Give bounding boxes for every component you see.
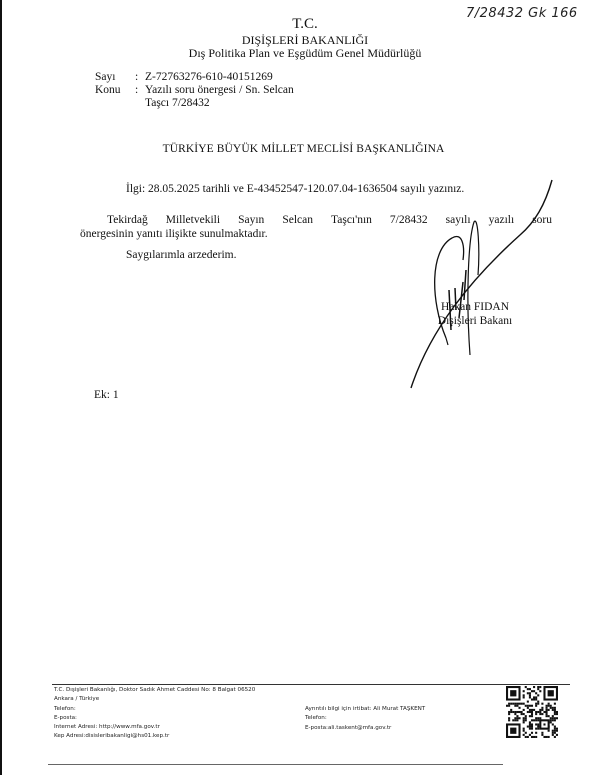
footer-address-block: T.C. Dışişleri Bakanlığı, Doktor Sadık A… (54, 686, 255, 742)
ilgi-line: İlgi: 28.05.2025 tarihli ve E-43452547-1… (126, 183, 464, 195)
footer-telefon: Telefon: (54, 705, 255, 714)
paragraph-word: Tekirdağ (107, 213, 148, 227)
paragraph-line-2: önergesinin yanıtı ilişikte sunulmaktadı… (80, 227, 552, 241)
footer-kep[interactable]: Kep Adresi:disisleribakanligi@hs01.kep.t… (54, 732, 255, 741)
meta-konu-cont: Taşcı 7/28432 (95, 97, 294, 110)
paragraph-word: soru (532, 213, 552, 227)
footer-address-2: Ankara / Türkiye (54, 695, 255, 704)
attachment-label: Ek: 1 (94, 389, 119, 401)
footer-divider (52, 684, 570, 685)
footer-contact-block: Ayrıntılı bilgi için irtibat: Ali Murat … (305, 705, 425, 733)
paragraph-word: Milletvekili (166, 213, 220, 227)
qr-code-icon (506, 686, 558, 738)
contact-person: Ayrıntılı bilgi için irtibat: Ali Murat … (305, 705, 425, 714)
footer-bottom-divider (48, 764, 503, 765)
meta-block: Sayı:Z-72763276-610-40151269 Konu:Yazılı… (95, 71, 294, 110)
paragraph-word: 7/28432 (390, 213, 428, 227)
signatory-title: Dışişleri Bakanı (420, 314, 530, 328)
paragraph-word: Taşcı'nın (331, 213, 372, 227)
signatory-name: Hakan FIDAN (420, 300, 530, 314)
header-tc: T.C. (0, 16, 592, 33)
meta-konu: Konu:Yazılı soru önergesi / Sn. Selcan (95, 84, 294, 97)
paragraph-word: sayılı (446, 213, 471, 227)
footer-internet[interactable]: Internet Adresi: http://www.mfa.gov.tr (54, 723, 255, 732)
paragraph-word: Selcan (282, 213, 313, 227)
contact-eposta[interactable]: E-posta:ali.taskent@mfa.gov.tr (305, 724, 425, 733)
scan-edge (0, 0, 2, 775)
paragraph-line-1: TekirdağMilletvekiliSayınSelcanTaşcı'nın… (80, 213, 552, 227)
footer-eposta: E-posta: (54, 714, 255, 723)
signature-scribble (0, 0, 592, 775)
header-directorate: Dış Politika Plan ve Eşgüdüm Genel Müdür… (0, 46, 592, 61)
addressee: TÜRKİYE BÜYÜK MİLLET MECLİSİ BAŞKANLIĞIN… (0, 143, 592, 155)
paragraph-word: Sayın (238, 213, 264, 227)
contact-telefon: Telefon: (305, 714, 425, 723)
footer-address-1: T.C. Dışişleri Bakanlığı, Doktor Sadık A… (54, 686, 255, 695)
closing: Saygılarımla arzederim. (126, 249, 236, 261)
signature-block: Hakan FIDAN Dışişleri Bakanı (420, 300, 530, 328)
paragraph-word: yazılı (489, 213, 515, 227)
body-paragraph: TekirdağMilletvekiliSayınSelcanTaşcı'nın… (80, 213, 552, 241)
meta-sayi: Sayı:Z-72763276-610-40151269 (95, 71, 294, 84)
